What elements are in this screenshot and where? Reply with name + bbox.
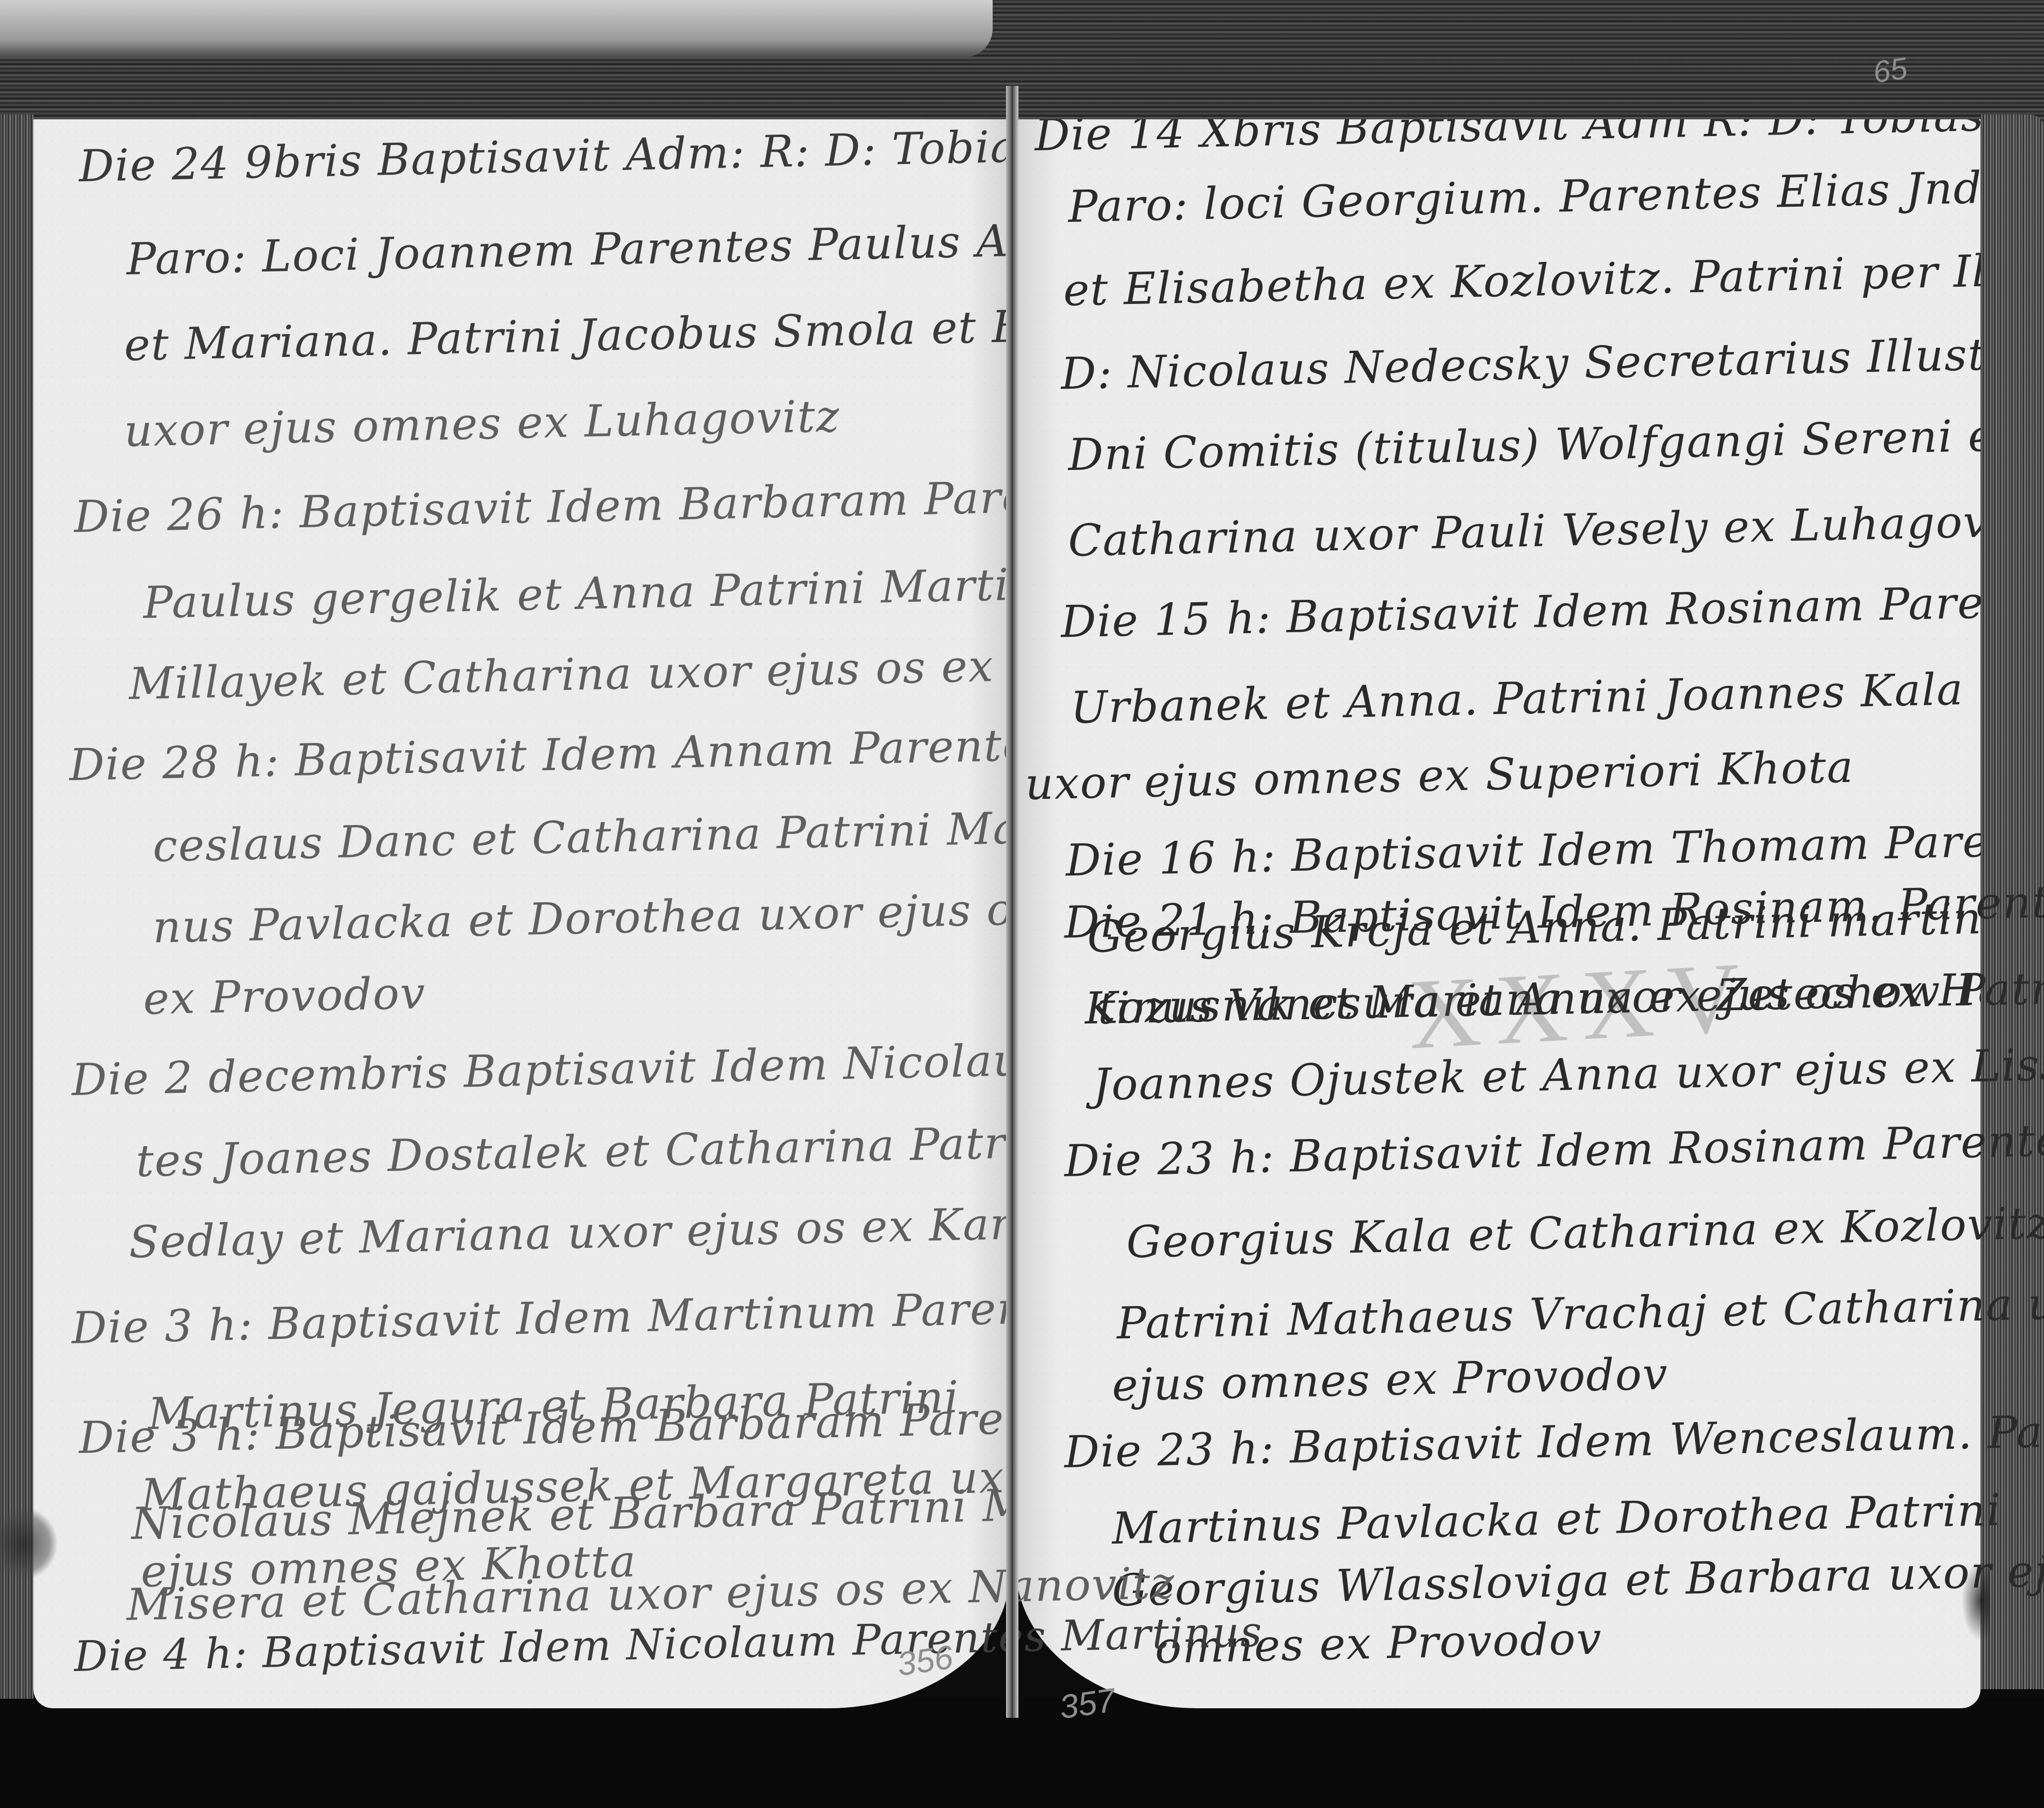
register-line: Die 2 decembris Baptisavit Idem Nicolaum… [71,1031,1009,1106]
register-line: uxor ejus omnes ex Luhagovitz [124,391,840,457]
scan-background-bottom [0,1699,2044,1808]
register-line: ex Provodov [143,968,427,1024]
edge-stain [1961,1560,1990,1641]
register-line: tes Joanes Dostalek et Catharina Patrini… [136,1112,1009,1187]
page-number-right: 357 [1057,1681,1118,1726]
register-line: Die 28 h: Baptisavit Idem Annam Parentes… [69,717,1009,791]
register-line: uxor ejus omnes ex Superiori Khota [1025,742,1855,810]
book-gutter [1006,86,1018,1718]
gutter-shadow [1016,119,1059,1708]
register-line: Urbanek et Anna. Patrini Joannes Kala et… [1070,657,1981,733]
register-line: Sedlay et Mariana uxor ejus os ex Karlov… [128,1196,1009,1268]
ink-stain [0,1508,57,1579]
previous-leaf-edge [0,0,993,57]
register-line: Paro: Loci Joannem Parentes Paulus Andla [126,213,1009,285]
page-number-left: 356 [895,1638,955,1683]
register-line: ceslaus Danc et Catharina Patrini Marti [152,802,1009,872]
register-line: Die 14 Xbris Baptisavit Adm R: D: Tobias… [1034,119,1981,161]
register-line: Die 3 h: Baptisavit Idem Martinum Parent… [71,1281,1009,1354]
register-line: Die 24 9bris Baptisavit Adm: R: D: Tobia… [78,119,1009,192]
register-line: nus Pavlacka et Dorothea uxor ejus omnes [152,881,1009,953]
left-page: Die 24 9bris Baptisavit Adm: R: D: Tobia… [33,119,1009,1708]
register-line: et Elisabetha ex Kozlovitz. Patrini per … [1063,242,1981,316]
register-line: Paulus gergelik et Anna Patrini Martinus [143,557,1009,628]
page-block-left-edge [0,115,33,1708]
register-line: Die 15 h: Baptisavit Idem Rosinam Parent… [1060,571,1981,648]
register-line: Catharina uxor Pauli Vesely ex Luhagovit… [1068,495,1981,566]
register-line: Die 26 h: Baptisavit Idem Barbaram Paren… [73,470,1009,543]
folio-number: 65 [1871,50,1909,90]
register-line: D: Nicolaus Nedecsky Secretarius Illustr… [1060,326,1981,399]
register-line: Paro: loci Georgium. Parentes Elias Jndi… [1068,160,1981,232]
register-line: Millayek et Catharina uxor ejus os ex Lu… [128,635,1009,710]
register-line: et Mariana. Patrini Jacobus Smola et Bar… [124,298,1009,371]
register-line: Die 16 h: Baptisavit Idem Thomam Parente… [1065,814,1981,886]
register-line: Dni Comitis (titulus) Wolfgangi Sereni e… [1068,410,1981,481]
